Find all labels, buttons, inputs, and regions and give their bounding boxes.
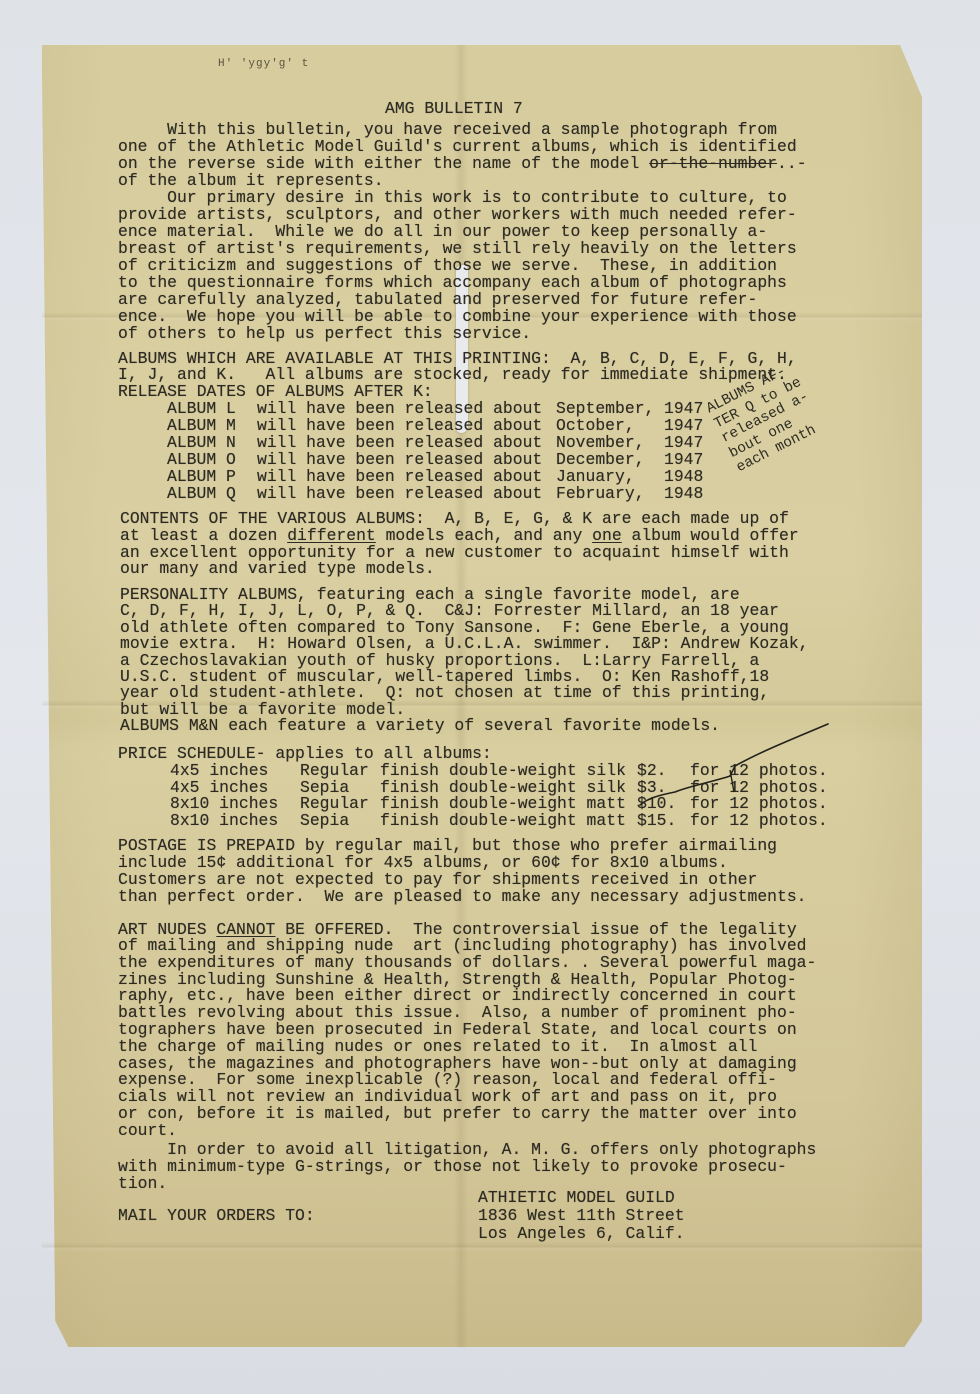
pen-mark: [0, 0, 980, 1394]
